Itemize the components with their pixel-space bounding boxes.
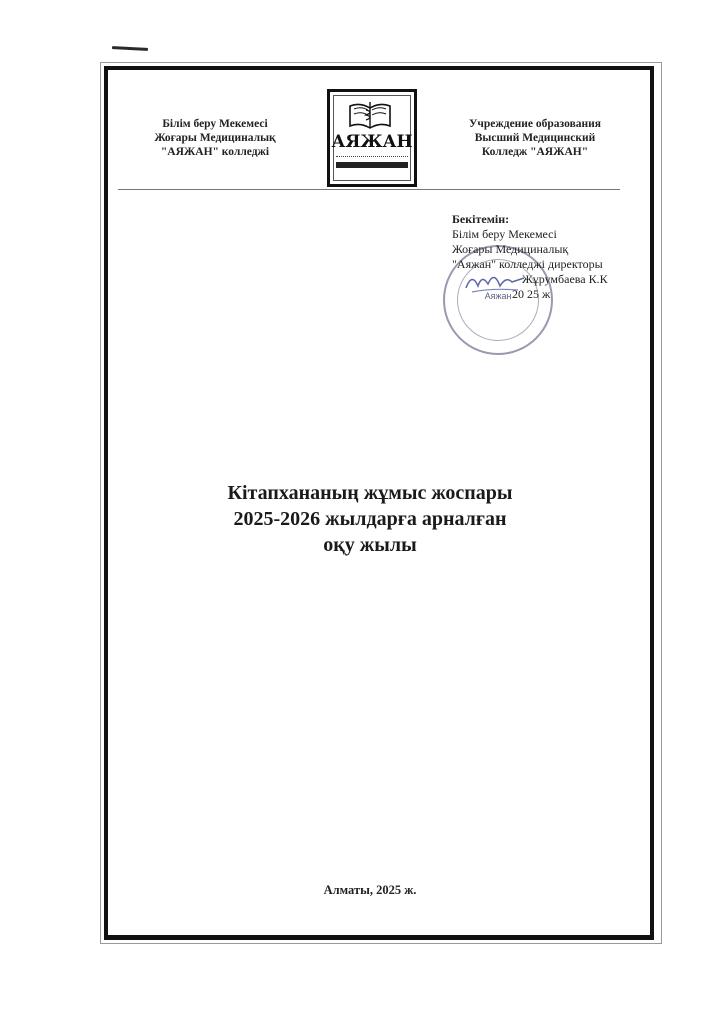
stray-pen-mark: [112, 46, 148, 51]
title-line: оқу жылы: [120, 532, 620, 558]
logo-band: [336, 162, 408, 168]
header-divider: [118, 189, 620, 190]
header-right-line: Колледж "АЯЖАН": [450, 145, 620, 159]
approval-block: Бекітемін: Білім беру Мекемесі Жоғары Ме…: [452, 212, 608, 302]
approval-line: Білім беру Мекемесі: [452, 227, 608, 242]
approval-date: 20 25 ж: [512, 287, 608, 302]
header-left-line: Жоғары Медициналық: [135, 131, 295, 145]
approval-line: "Аяжан" колледжі директоры: [452, 257, 608, 272]
header-right-line: Учреждение образования: [450, 117, 620, 131]
header-right-line: Высший Медицинский: [450, 131, 620, 145]
footer-city-year: Алматы, 2025 ж.: [120, 883, 620, 898]
college-logo: АЯЖАН: [327, 89, 417, 187]
document-title: Кітапхананың жұмыс жоспары 2025-2026 жыл…: [120, 480, 620, 558]
logo-subtitle-rule: [336, 156, 408, 160]
header-institution-russian: Учреждение образования Высший Медицински…: [450, 117, 620, 159]
book-caduceus-icon: [346, 100, 394, 130]
approval-line: Жоғары Медициналық: [452, 242, 608, 257]
approval-title: Бекітемін:: [452, 212, 608, 227]
title-line: Кітапхананың жұмыс жоспары: [120, 480, 620, 506]
header-institution-kazakh: Білім беру Мекемесі Жоғары Медициналық "…: [135, 117, 295, 159]
title-line: 2025-2026 жылдарға арналған: [120, 506, 620, 532]
header-left-line: "АЯЖАН" колледжі: [135, 145, 295, 159]
header-left-line: Білім беру Мекемесі: [135, 117, 295, 131]
logo-text: АЯЖАН: [330, 132, 414, 152]
approval-signatory: Жұрумбаева К.К: [522, 272, 608, 287]
